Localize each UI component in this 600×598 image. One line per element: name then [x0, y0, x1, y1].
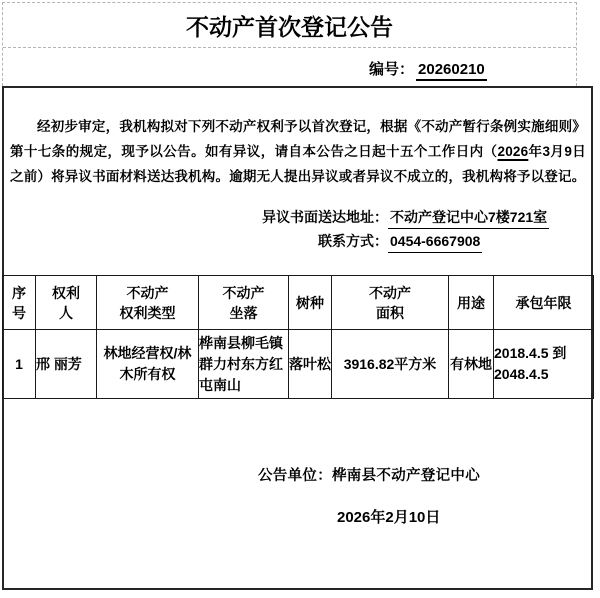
announcement-body: 经初步审定，我机构拟对下列不动产权利予以首次登记，根据《不动产暂行条例实施细则》… [2, 86, 593, 590]
footer-unit-line: 公告单位：桦南县不动产登记中心 [258, 464, 480, 485]
cell-tree-species: 落叶松 [289, 330, 332, 399]
cell-location: 桦南县柳毛镇群力村东方红屯南山 [199, 330, 289, 399]
table-header-row: 序号 权利人 不动产权利类型 不动产坐落 树种 不动产面积 用途 承包年限 [3, 276, 594, 330]
cell-area: 3916.82平方米 [332, 330, 449, 399]
intro-paragraph: 经初步审定，我机构拟对下列不动产权利予以首次登记，根据《不动产暂行条例实施细则》… [10, 114, 586, 189]
header-right-type: 不动产权利类型 [97, 276, 199, 330]
table-row: 1 邢 丽芳 林地经营权/林木所有权 桦南县柳毛镇群力村东方红屯南山 落叶松 3… [3, 330, 594, 399]
contact-label: 联系方式： [318, 230, 388, 253]
header-location: 不动产坐落 [199, 276, 289, 330]
page-title: 不动产首次登记公告 [186, 9, 393, 42]
registration-table: 序号 权利人 不动产权利类型 不动产坐落 树种 不动产面积 用途 承包年限 1 … [2, 275, 594, 399]
cell-contract-term: 2018.4.5 到 2048.4.5 [494, 330, 594, 399]
cell-usage: 有林地 [449, 330, 494, 399]
cell-seq-no: 1 [3, 330, 36, 399]
intro-underlined-year: 2026 [497, 144, 528, 159]
header-contract-term: 承包年限 [494, 276, 594, 330]
contact-value: 0454-6667908 [388, 230, 482, 253]
delivery-contact-block: 异议书面送达地址： 不动产登记中心7楼721室 联系方式： 0454-66679… [150, 206, 549, 253]
header-usage: 用途 [449, 276, 494, 330]
doc-number-label: 编号： [369, 61, 414, 78]
announcement-document: { "document": { "title": "不动产首次登记公告", "d… [0, 0, 600, 598]
doc-number-value: 20260210 [416, 61, 487, 81]
header-right-holder: 权利人 [36, 276, 97, 330]
doc-number-line: 编号：20260210 [369, 58, 487, 81]
delivery-address-value: 不动产登记中心7楼721室 [388, 206, 549, 229]
title-section: 不动产首次登记公告 编号：20260210 [2, 2, 577, 86]
delivery-address-label: 异议书面送达地址： [262, 206, 388, 229]
header-area: 不动产面积 [332, 276, 449, 330]
cell-right-holder: 邢 丽芳 [36, 330, 97, 399]
doc-number-row: 编号：20260210 [3, 48, 576, 86]
footer-date: 2026年2月10日 [337, 506, 440, 527]
cell-right-type: 林地经营权/林木所有权 [97, 330, 199, 399]
header-seq-no: 序号 [3, 276, 36, 330]
header-tree-species: 树种 [289, 276, 332, 330]
title-row: 不动产首次登记公告 [3, 3, 576, 48]
